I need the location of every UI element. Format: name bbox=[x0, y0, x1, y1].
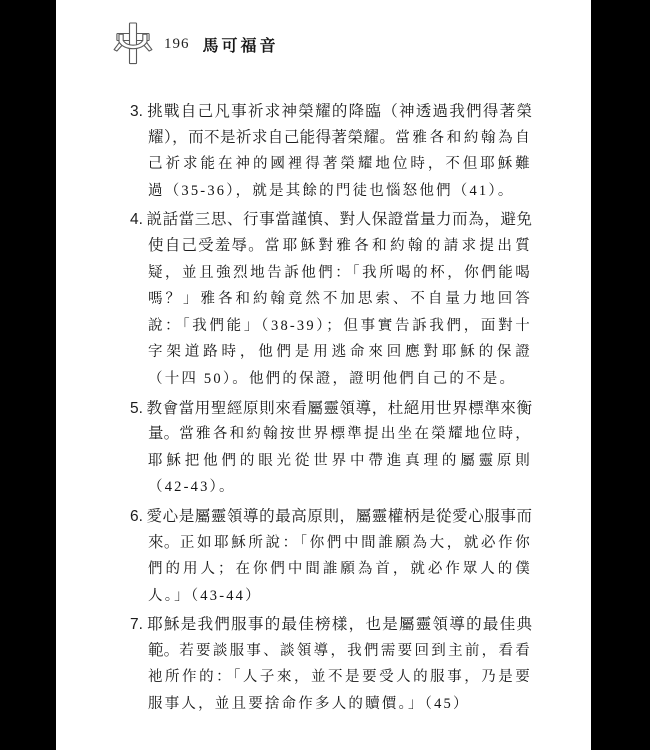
numbered-list: 3.挑戰自己凡事祈求神榮耀的降臨（神透過我們得著榮耀），而不是祈求自己能得著榮耀… bbox=[130, 99, 532, 718]
page-number: 196 bbox=[164, 36, 190, 53]
list-item: 7.耶穌是我們服事的最佳榜樣，也是屬靈領導的最佳典範。若要談服事、談領導，我們需… bbox=[130, 612, 532, 717]
list-item: 5.教會當用聖經原則來看屬靈領導，杜絕用世界標準來衡量。當雅各和約翰按世界標準提… bbox=[130, 396, 532, 501]
item-detail-text: 當耶穌對雅各和約翰的請求提出質疑，並且強烈地告訴他們：「我所喝的杯，你們能喝嗎？… bbox=[148, 238, 532, 387]
right-margin-band bbox=[591, 0, 650, 750]
list-item: 4.説話當三思、行事當謹慎、對人保證當量力而為，避免使自己受羞辱。當耶穌對雅各和… bbox=[130, 207, 532, 392]
scanned-page-view: 196 馬可福音 3.挑戰自己凡事祈求神榮耀的降臨（神透過我們得著榮耀），而不是… bbox=[0, 0, 650, 750]
list-item: 3.挑戰自己凡事祈求神榮耀的降臨（神透過我們得著榮耀），而不是祈求自己能得著榮耀… bbox=[130, 99, 532, 204]
item-number: 4. bbox=[130, 211, 143, 228]
item-detail-text: 當雅各和約翰按世界標準提出坐在榮耀地位時，耶穌把他們的眼光從世界中帶進真理的屬靈… bbox=[148, 426, 532, 495]
left-margin-band bbox=[0, 0, 56, 750]
item-number: 6. bbox=[130, 508, 143, 525]
item-detail-text: 若要談服事、談領導，我們需要回到主前，看看祂所作的：「人子來，並不是要受人的服事… bbox=[148, 643, 532, 712]
cross-drape-logo-icon bbox=[112, 21, 154, 67]
list-item: 6.愛心是屬靈領導的最高原則，屬靈權柄是從愛心服事而來。正如耶穌所說：「你們中間… bbox=[130, 504, 532, 609]
page-header: 196 馬可福音 bbox=[56, 0, 591, 68]
item-number: 7. bbox=[130, 616, 143, 633]
item-number: 5. bbox=[130, 400, 143, 417]
item-number: 3. bbox=[130, 103, 143, 120]
book-title: 馬可福音 bbox=[203, 33, 279, 56]
item-detail-text: 正如耶穌所說：「你們中間誰願為大，就必作你們的用人；在你們中間誰願為首，就必作眾… bbox=[148, 535, 532, 604]
book-page: 196 馬可福音 3.挑戰自己凡事祈求神榮耀的降臨（神透過我們得著榮耀），而不是… bbox=[56, 0, 591, 750]
